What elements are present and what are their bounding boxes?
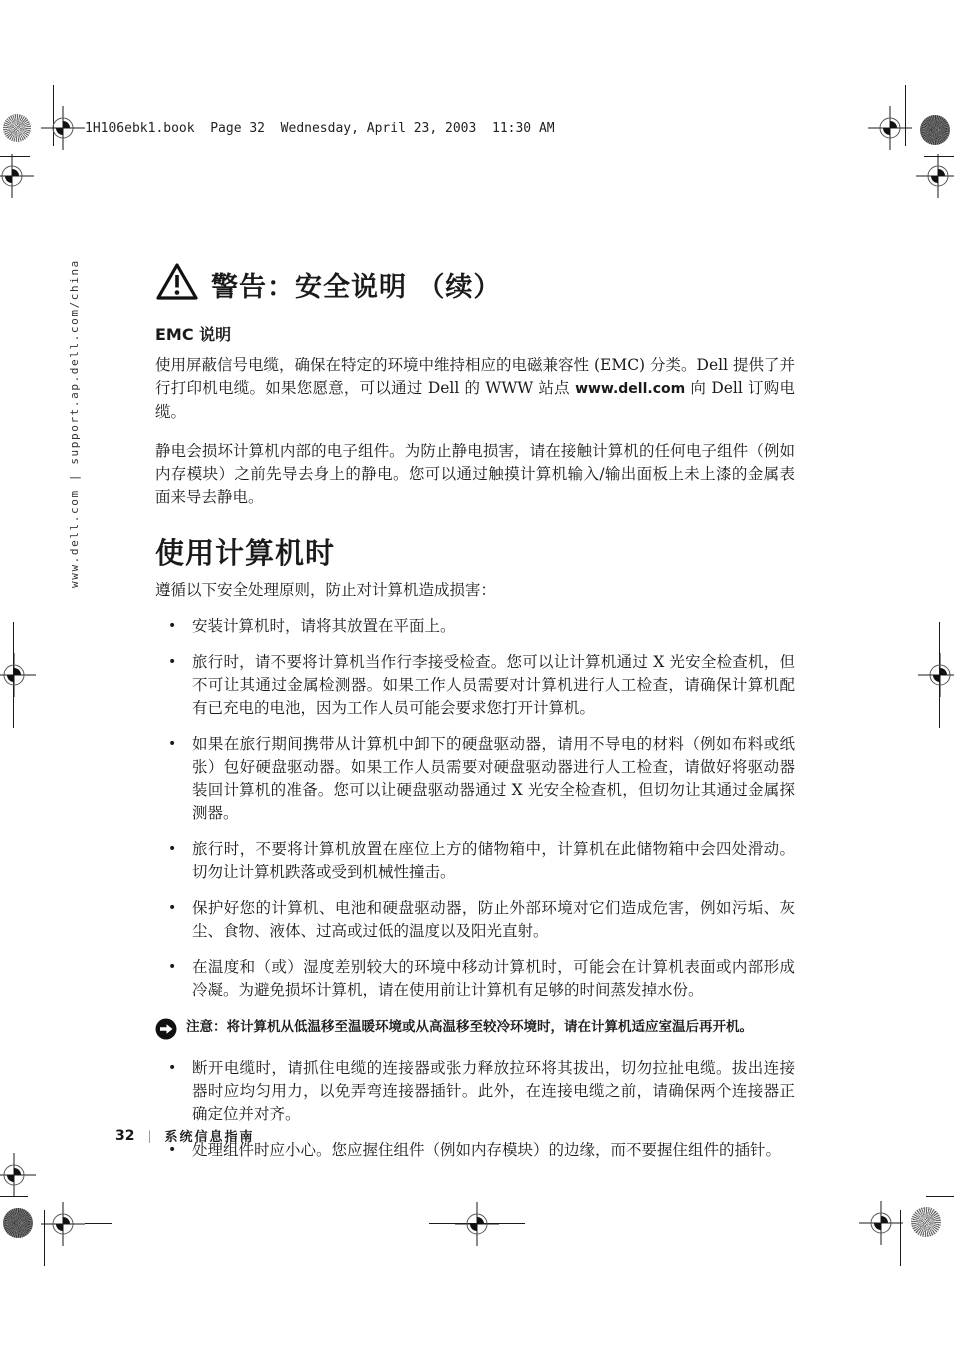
sidebar-url-text: www.dell.com | support.ap.dell.com/china — [68, 259, 81, 588]
crop-mark — [926, 1196, 954, 1197]
scanned-manual-page: 1H106ebk1.book Page 32 Wednesday, April … — [0, 0, 954, 1351]
registration-mark-icon — [853, 1195, 909, 1251]
list-item: 旅行时，不要将计算机放置在座位上方的储物箱中，计算机在此储物箱中会四处滑动。切勿… — [155, 838, 795, 884]
registration-mark-icon — [912, 647, 954, 703]
notice-label: 注意： — [186, 1019, 227, 1035]
emc-paragraph-1: 使用屏蔽信号电缆，确保在特定的环境中维持相应的电磁兼容性 (EMC) 分类。De… — [155, 354, 795, 424]
color-control-patch-icon — [3, 114, 31, 142]
color-control-patch-icon — [911, 1207, 941, 1237]
warning-title: 警告：安全说明 （续） — [211, 265, 501, 304]
section-heading: 使用计算机时 — [155, 531, 795, 572]
list-item: 在温度和（或）湿度差别较大的环境中移动计算机时，可能会在计算机表面或内部形成冷凝… — [155, 956, 795, 1002]
document-header-line: 1H106ebk1.book Page 32 Wednesday, April … — [85, 121, 555, 136]
notice-body-text: 将计算机从低温移至温暖环境或从高温移至较冷环境时，请在计算机适应室温后再开机。 — [227, 1019, 754, 1035]
registration-mark-icon — [0, 148, 40, 204]
emc-section-heading: EMC 说明 — [155, 322, 795, 345]
footer-separator: | — [147, 1129, 151, 1143]
registration-mark-icon — [35, 100, 91, 156]
registration-mark-icon — [0, 1147, 42, 1203]
list-item: 如果在旅行期间携带从计算机中卸下的硬盘驱动器，请用不导电的材料（例如布料或纸张）… — [155, 733, 795, 825]
registration-mark-icon — [35, 1196, 91, 1252]
book-title: 系统信息指南 — [165, 1126, 255, 1145]
page-number: 32 — [115, 1128, 134, 1144]
registration-mark-icon — [0, 647, 42, 703]
section-intro: 遵循以下安全处理原则，防止对计算机造成损害： — [155, 579, 795, 602]
dell-url-bold-text: www.dell.com — [575, 381, 685, 397]
registration-mark-icon — [449, 1196, 505, 1252]
list-item: 安装计算机时，请将其放置在平面上。 — [155, 615, 795, 638]
warning-title-row: 警告：安全说明 （续） — [155, 262, 795, 306]
list-item: 旅行时，请不要将计算机当作行李接受检查。您可以让计算机通过 X 光安全检查机，但… — [155, 651, 795, 720]
main-content: 警告：安全说明 （续） EMC 说明 使用屏蔽信号电缆，确保在特定的环境中维持相… — [155, 262, 795, 1162]
notice-block: 注意：将计算机从低温移至温暖环境或从高温移至较冷环境时，请在计算机适应室温后再开… — [155, 1017, 767, 1044]
emc-paragraph-2: 静电会损坏计算机内部的电子组件。为防止静电损害，请在接触计算机的任何电子组件（例… — [155, 440, 795, 509]
color-control-patch-icon — [920, 115, 950, 145]
notice-text: 注意：将计算机从低温移至温暖环境或从高温移至较冷环境时，请在计算机适应室温后再开… — [186, 1017, 753, 1044]
page-footer: 32 | 系统信息指南 — [115, 1126, 255, 1145]
notice-arrow-icon — [155, 1017, 177, 1044]
safety-bullet-list-continued: 断开电缆时，请抓住电缆的连接器或张力释放拉环将其拔出，切勿拉扯电缆。拔出连接器时… — [155, 1057, 795, 1162]
warning-triangle-icon — [155, 262, 199, 306]
list-item: 断开电缆时，请抓住电缆的连接器或张力释放拉环将其拔出，切勿拉扯电缆。拔出连接器时… — [155, 1057, 795, 1126]
registration-mark-icon — [910, 148, 954, 204]
color-control-patch-icon — [3, 1208, 33, 1238]
list-item: 保护好您的计算机、电池和硬盘驱动器，防止外部环境对它们造成危害，例如污垢、灰尘、… — [155, 897, 795, 943]
safety-bullet-list: 安装计算机时，请将其放置在平面上。 旅行时，请不要将计算机当作行李接受检查。您可… — [155, 615, 795, 1002]
